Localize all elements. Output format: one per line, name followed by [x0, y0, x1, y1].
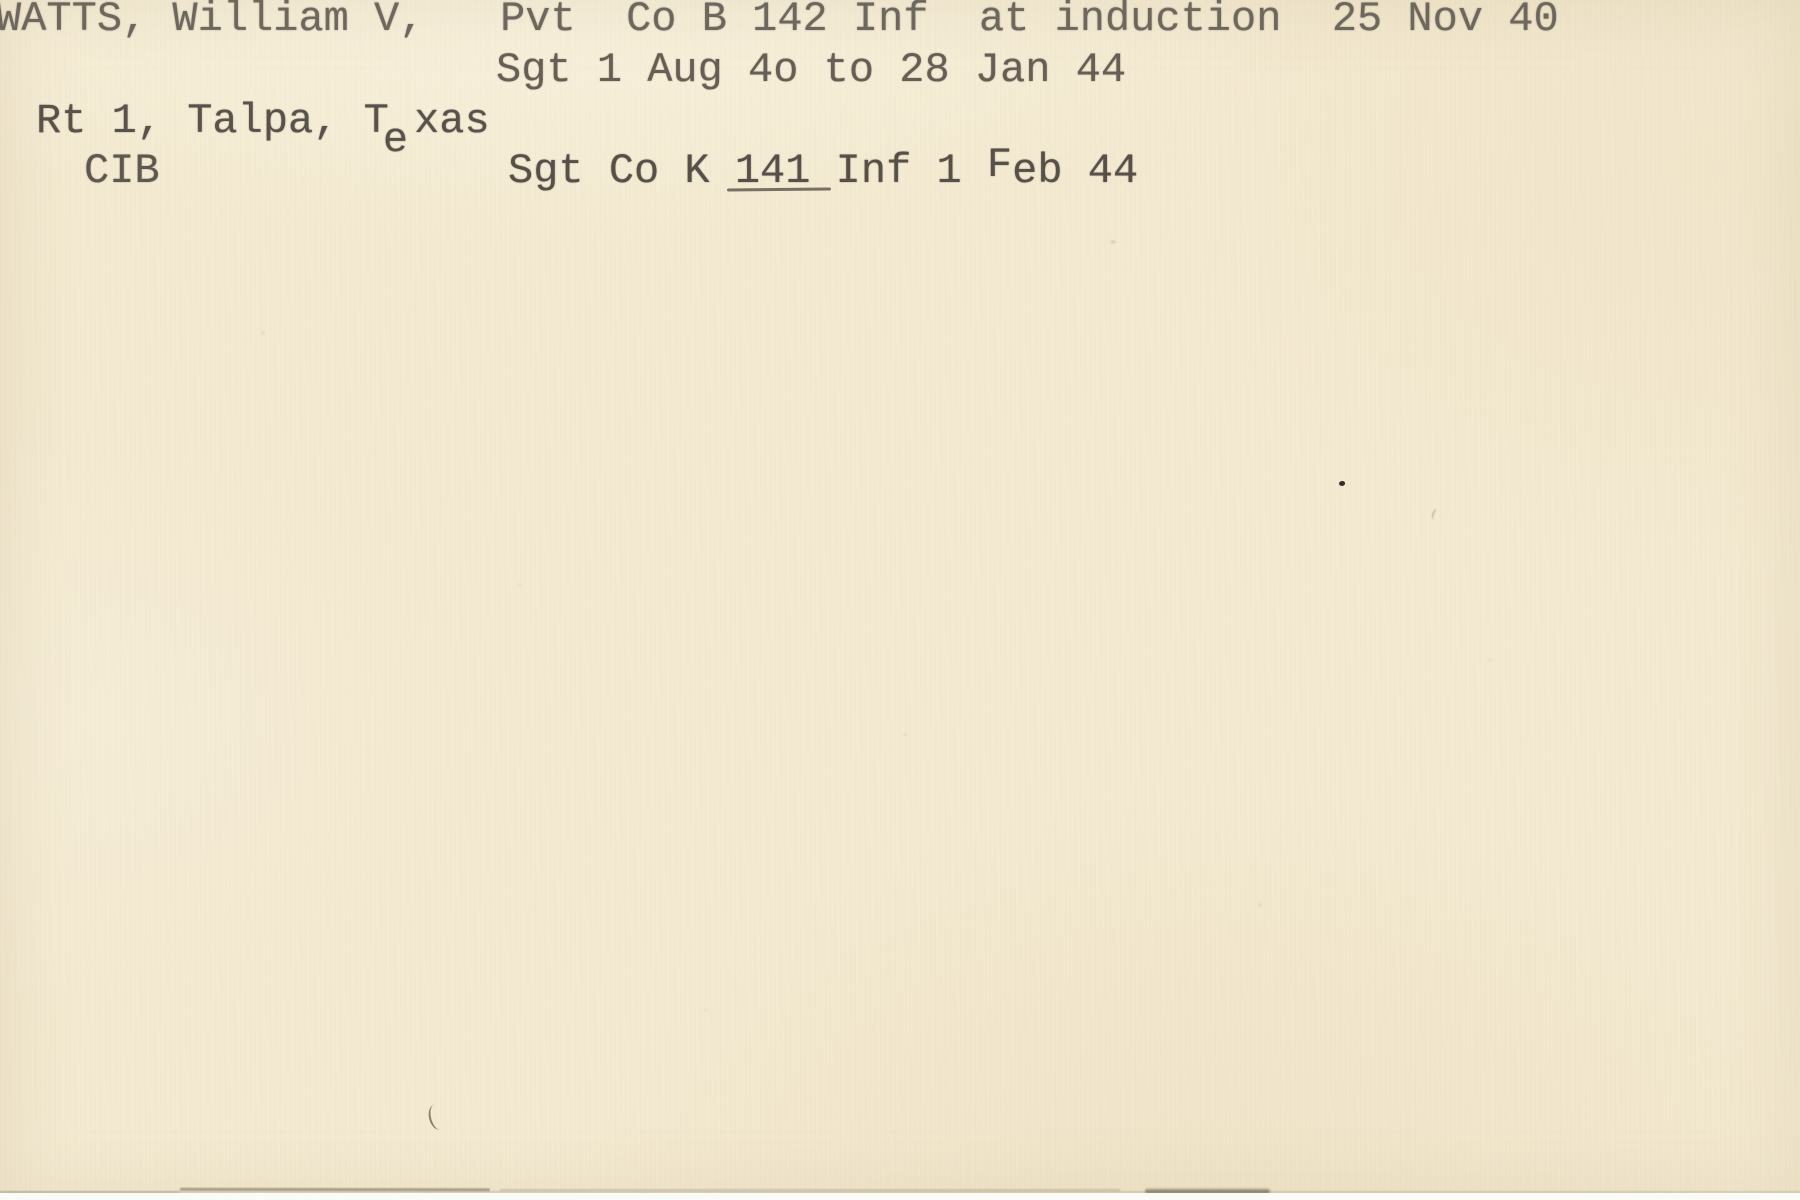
- bottom-edge-smudge: [500, 1189, 1120, 1191]
- address-prefix: Rt 1, Talpa, T: [36, 97, 389, 145]
- assignment-prefix: Sgt Co K: [508, 147, 735, 195]
- ink-speck: [1339, 481, 1345, 486]
- faint-paper-mark: [1430, 508, 1440, 521]
- index-card: WATTS, William V, Pvt Co B 142 Inf at in…: [0, 0, 1800, 1200]
- raised-letter: F: [987, 143, 1012, 187]
- overstruck-unit-number: 141: [735, 147, 811, 195]
- typed-line-sgt-promotion-dates: Sgt 1 Aug 4o to 28 Jan 44: [496, 48, 1126, 92]
- address-suffix: xas: [414, 97, 490, 145]
- dropped-letter: e: [383, 118, 408, 162]
- assignment-suffix: eb 44: [1012, 147, 1138, 195]
- bottom-edge-smudge: [180, 1188, 490, 1192]
- scanner-background-strip: [0, 1193, 1800, 1200]
- typed-line-transfer-assignment: Sgt Co K 141 Inf 1 Feb 44: [508, 149, 1138, 193]
- typed-award-cib: CIB: [84, 149, 160, 193]
- assignment-mid: Inf 1: [810, 147, 986, 195]
- pencil-crescent-mark: [426, 1102, 449, 1131]
- typed-line-name-rank-unit: WATTS, William V, Pvt Co B 142 Inf at in…: [0, 0, 1559, 41]
- typed-line-home-address: Rt 1, Talpa, Texas: [36, 99, 490, 143]
